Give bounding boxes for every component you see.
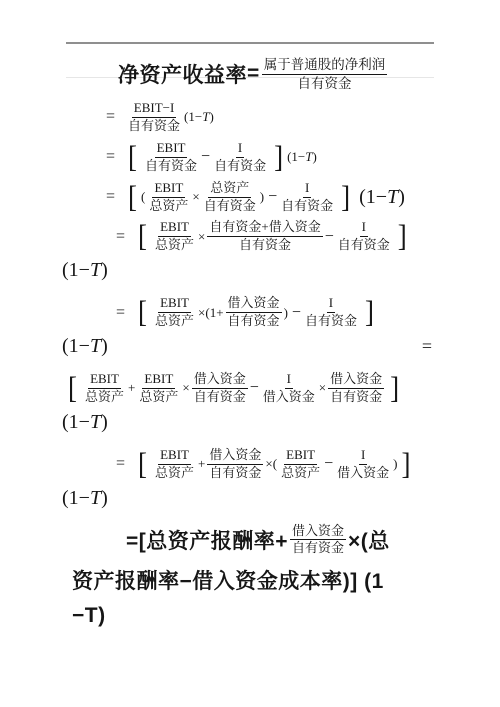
formula-text: ) — [101, 335, 108, 358]
formula-text: ) — [313, 149, 317, 165]
fraction-denominator: 自有资金 — [303, 313, 359, 330]
fraction-numerator: I — [327, 295, 335, 313]
formula-text: = — [116, 455, 125, 473]
fraction-denominator: 总资产 — [153, 313, 196, 330]
fraction: EBIT总资产 — [137, 371, 180, 406]
document-page: { "page": { "kind": "textbook-formula-de… — [0, 0, 500, 707]
fraction-numerator: 自有资金+借入资金 — [207, 219, 322, 237]
fraction-denominator: 自有资金 — [226, 313, 282, 330]
formula-text: T — [90, 411, 101, 434]
fraction-denominator: 借入资金 — [261, 389, 317, 406]
fraction-numerator: I — [236, 140, 244, 158]
step-7: =[EBIT总资产+借入资金自有资金×(EBIT总资产−I借入资金)] — [0, 447, 500, 482]
fraction-denominator: 自有资金 — [328, 389, 384, 406]
bracket: ] — [341, 182, 350, 212]
fraction: 借入资金自有资金 — [328, 371, 384, 406]
step-5-continuation: (1−T)= — [0, 335, 500, 358]
formula-text: (1− — [62, 411, 90, 434]
fraction-numerator: 借入资金 — [328, 371, 384, 389]
fraction: EBIT总资产 — [153, 295, 196, 330]
formula-text: × — [192, 189, 199, 205]
fraction-numerator: 属于普通股的净利润 — [262, 56, 388, 75]
fraction-numerator: EBIT — [88, 371, 121, 389]
fraction-denominator: 总资产 — [83, 389, 126, 406]
fraction: EBIT总资产 — [153, 447, 196, 482]
fraction-numerator: 总资产 — [208, 180, 251, 198]
formula-title: 净资产收益率=属于普通股的净利润自有资金 — [0, 56, 500, 92]
fraction-numerator: 借入资金 — [207, 447, 263, 465]
step-4: =[EBIT总资产×自有资金+借入资金自有资金−I自有资金] — [0, 219, 500, 254]
fraction-numerator: EBIT — [158, 447, 191, 465]
formula-text: = — [247, 62, 260, 86]
step-4-continuation: (1−T) — [0, 259, 500, 282]
formula-text: (1− — [354, 186, 387, 209]
fraction-numerator: EBIT — [155, 140, 188, 158]
top-horizontal-rule — [66, 42, 434, 44]
formula-text: ( — [141, 189, 145, 205]
fraction-denominator: 自有资金 — [143, 158, 199, 175]
bracket: ] — [365, 297, 374, 327]
formula-text: (1− — [287, 149, 305, 165]
fraction-numerator: EBIT−I — [132, 100, 177, 118]
formula-text: −T) — [72, 604, 106, 628]
fraction: 借入资金自有资金 — [192, 371, 248, 406]
fraction: 属于普通股的净利润自有资金 — [262, 56, 388, 92]
formula-text: ) — [393, 456, 397, 472]
formula-text: ) — [101, 259, 108, 282]
formula-text: (1− — [62, 259, 90, 282]
final-expression-line-2: 资产报酬率−借入资金成本率)] (1 — [0, 565, 500, 595]
fraction-denominator: 自有资金 — [336, 237, 392, 254]
fraction-numerator: 借入资金 — [290, 523, 346, 541]
fraction: EBIT总资产 — [279, 447, 322, 482]
formula-text: − — [325, 228, 334, 246]
fraction: 总资产自有资金 — [202, 180, 258, 215]
fraction-denominator: 自有资金 — [126, 118, 182, 135]
formula-text: + — [128, 380, 135, 396]
fraction-numerator: EBIT — [142, 371, 175, 389]
bracket: [ — [68, 373, 77, 403]
fraction-denominator: 自有资金 — [290, 540, 346, 557]
bracket: [ — [138, 449, 147, 479]
step-6: [EBIT总资产+EBIT总资产×借入资金自有资金−I借入资金×借入资金自有资金… — [0, 371, 500, 406]
fraction: EBIT总资产 — [147, 180, 190, 215]
fraction-numerator: EBIT — [158, 219, 191, 237]
formula-text: ×(总 — [348, 525, 390, 555]
formula-text: T — [90, 335, 101, 358]
formula-text: = — [106, 148, 115, 166]
formula-text: + — [198, 456, 205, 472]
step-1: =EBIT−I自有资金(1−T) — [0, 100, 500, 135]
fraction-denominator: 自有资金 — [279, 198, 335, 215]
formula-text: ) — [209, 109, 213, 125]
bracket: ] — [274, 142, 283, 172]
formula-text: 净资产收益率 — [118, 59, 247, 89]
fraction-numerator: EBIT — [152, 180, 185, 198]
fraction-denominator: 总资产 — [147, 198, 190, 215]
fraction: EBIT总资产 — [83, 371, 126, 406]
fraction: EBIT自有资金 — [143, 140, 199, 175]
fraction-numerator: 借入资金 — [226, 295, 282, 313]
fraction: I自有资金 — [336, 219, 392, 254]
fraction: 借入资金自有资金 — [226, 295, 282, 330]
fraction-denominator: 自有资金 — [212, 158, 268, 175]
final-expression-line-3: −T) — [0, 604, 500, 628]
bracket: [ — [138, 222, 147, 252]
fraction-numerator: I — [359, 447, 367, 465]
formula-text: (1− — [62, 487, 90, 510]
formula-text: =[总资产报酬率+ — [126, 525, 288, 555]
formula-text: = — [422, 336, 432, 357]
formula-text: × — [319, 380, 326, 396]
fraction: I自有资金 — [212, 140, 268, 175]
fraction-numerator: EBIT — [158, 295, 191, 313]
formula-text: (1− — [184, 109, 202, 125]
fraction: I自有资金 — [303, 295, 359, 330]
formula-text: − — [288, 304, 301, 322]
step-7-continuation: (1−T) — [0, 487, 500, 510]
formula-area: 净资产收益率=属于普通股的净利润自有资金=EBIT−I自有资金(1−T)=[EB… — [0, 48, 500, 637]
fraction: EBIT−I自有资金 — [126, 100, 182, 135]
formula-text: ×( — [265, 456, 277, 472]
fraction-denominator: 借入资金 — [335, 465, 391, 482]
fraction-denominator: 总资产 — [279, 465, 322, 482]
fraction-denominator: 自有资金 — [237, 237, 293, 254]
fraction: I自有资金 — [279, 180, 335, 215]
formula-text: ) — [101, 487, 108, 510]
bracket: ] — [401, 449, 410, 479]
fraction-denominator: 自有资金 — [207, 465, 263, 482]
formula-text: ) — [101, 411, 108, 434]
fraction-numerator: 借入资金 — [192, 371, 248, 389]
fraction-numerator: I — [360, 219, 368, 237]
fraction-denominator: 自有资金 — [202, 198, 258, 215]
formula-text: = — [116, 304, 125, 322]
fraction-numerator: EBIT — [284, 447, 317, 465]
formula-text: = — [106, 188, 115, 206]
fraction: I借入资金 — [335, 447, 391, 482]
step-5: =[EBIT总资产×(1+借入资金自有资金) −I自有资金] — [0, 295, 500, 330]
fraction-denominator: 总资产 — [153, 237, 196, 254]
fraction: EBIT总资产 — [153, 219, 196, 254]
formula-text: ) — [398, 186, 405, 209]
formula-text: T — [90, 487, 101, 510]
formula-text: 资产报酬率−借入资金成本率)] (1 — [72, 565, 384, 595]
fraction-denominator: 自有资金 — [192, 389, 248, 406]
formula-text: × — [182, 380, 189, 396]
formula-text: T — [90, 259, 101, 282]
formula-text: T — [387, 186, 398, 209]
bracket: ] — [398, 222, 407, 252]
formula-text: = — [106, 108, 115, 126]
fraction-denominator: 总资产 — [153, 465, 196, 482]
formula-text: T — [305, 149, 312, 165]
bracket: [ — [128, 182, 137, 212]
fraction: 借入资金自有资金 — [290, 523, 346, 558]
fraction: 借入资金自有资金 — [207, 447, 263, 482]
fraction-numerator: I — [285, 371, 293, 389]
bracket: ] — [390, 373, 399, 403]
step-3: =[(EBIT总资产×总资产自有资金) −I自有资金] (1−T) — [0, 180, 500, 215]
formula-text: − — [201, 148, 210, 166]
bracket: [ — [138, 297, 147, 327]
formula-text: ×(1+ — [198, 305, 224, 321]
fraction: 自有资金+借入资金自有资金 — [207, 219, 322, 254]
final-expression-line-1: =[总资产报酬率+借入资金自有资金×(总 — [0, 523, 500, 558]
formula-text: (1− — [62, 335, 90, 358]
step-2: =[EBIT自有资金−I自有资金](1−T) — [0, 140, 500, 175]
formula-text: − — [324, 455, 333, 473]
fraction-denominator: 总资产 — [137, 389, 180, 406]
bracket: [ — [128, 142, 137, 172]
formula-text: × — [198, 229, 205, 245]
fraction: I借入资金 — [261, 371, 317, 406]
fraction-numerator: I — [303, 180, 311, 198]
formula-text: − — [250, 379, 259, 397]
step-6-continuation: (1−T) — [0, 411, 500, 434]
fraction-denominator: 自有资金 — [296, 75, 354, 93]
formula-text: = — [116, 228, 125, 246]
formula-text: − — [264, 188, 277, 206]
formula-text: T — [202, 109, 209, 125]
